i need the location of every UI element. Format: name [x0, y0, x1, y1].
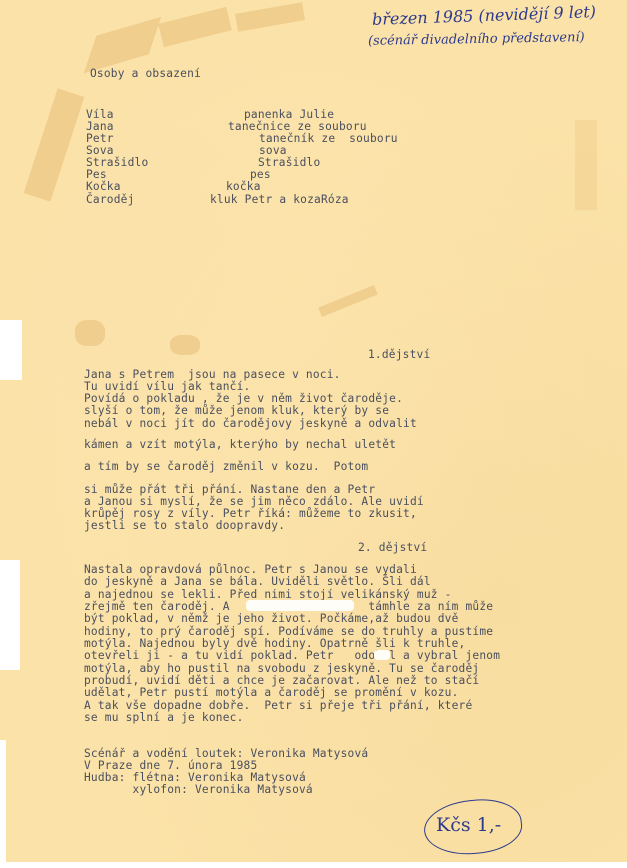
tape-stain: [170, 335, 200, 355]
cast-actor: kočka: [226, 181, 261, 193]
cast-actor: kluk Petr a kozaRóza: [210, 194, 349, 206]
cast-role: Čaroděj: [86, 194, 135, 206]
act2-heading: 2. dějství: [358, 542, 427, 554]
text-line: jestli se to stalo doopravdy.: [84, 520, 285, 532]
text-line: otevřeli ji - a tu vidí poklad. Petr odo…: [84, 650, 500, 662]
redacted-area: [374, 650, 390, 660]
text-line: udělat, Petr pustí motýla a čaroděj se p…: [84, 687, 459, 699]
text-line: se mu splní a je konec.: [84, 712, 244, 724]
torn-edge: [0, 740, 6, 868]
text-line: a tím by se čaroděj změnil v kozu. Potom: [84, 461, 368, 473]
act1-heading: 1.dějství: [368, 349, 430, 361]
text-line: kámen a vzít motýla, kterýho by nechal u…: [84, 439, 396, 451]
redacted-area: [246, 600, 354, 611]
price-stamp-text: Kčs 1,-: [436, 814, 501, 836]
torn-edge: [0, 560, 20, 670]
text-line: nebál v noci jít do čarodějovy jeskyně a…: [84, 418, 417, 430]
tape-stain: [575, 120, 597, 210]
text-line: do jeskyně a Jana se bála. Uviděli světl…: [84, 576, 431, 588]
tape-stain: [75, 320, 105, 346]
cast-role: Kočka: [86, 181, 121, 193]
torn-edge: [0, 320, 22, 380]
text-line: slyší o tom, že může jenom kluk, který b…: [84, 405, 389, 417]
cast-title: Osoby a obsazení: [90, 68, 201, 80]
text-line: být poklad, v němž je jeho život. Počkám…: [84, 613, 459, 625]
credit-line: xylofon: Veronika Matysová: [84, 784, 313, 796]
